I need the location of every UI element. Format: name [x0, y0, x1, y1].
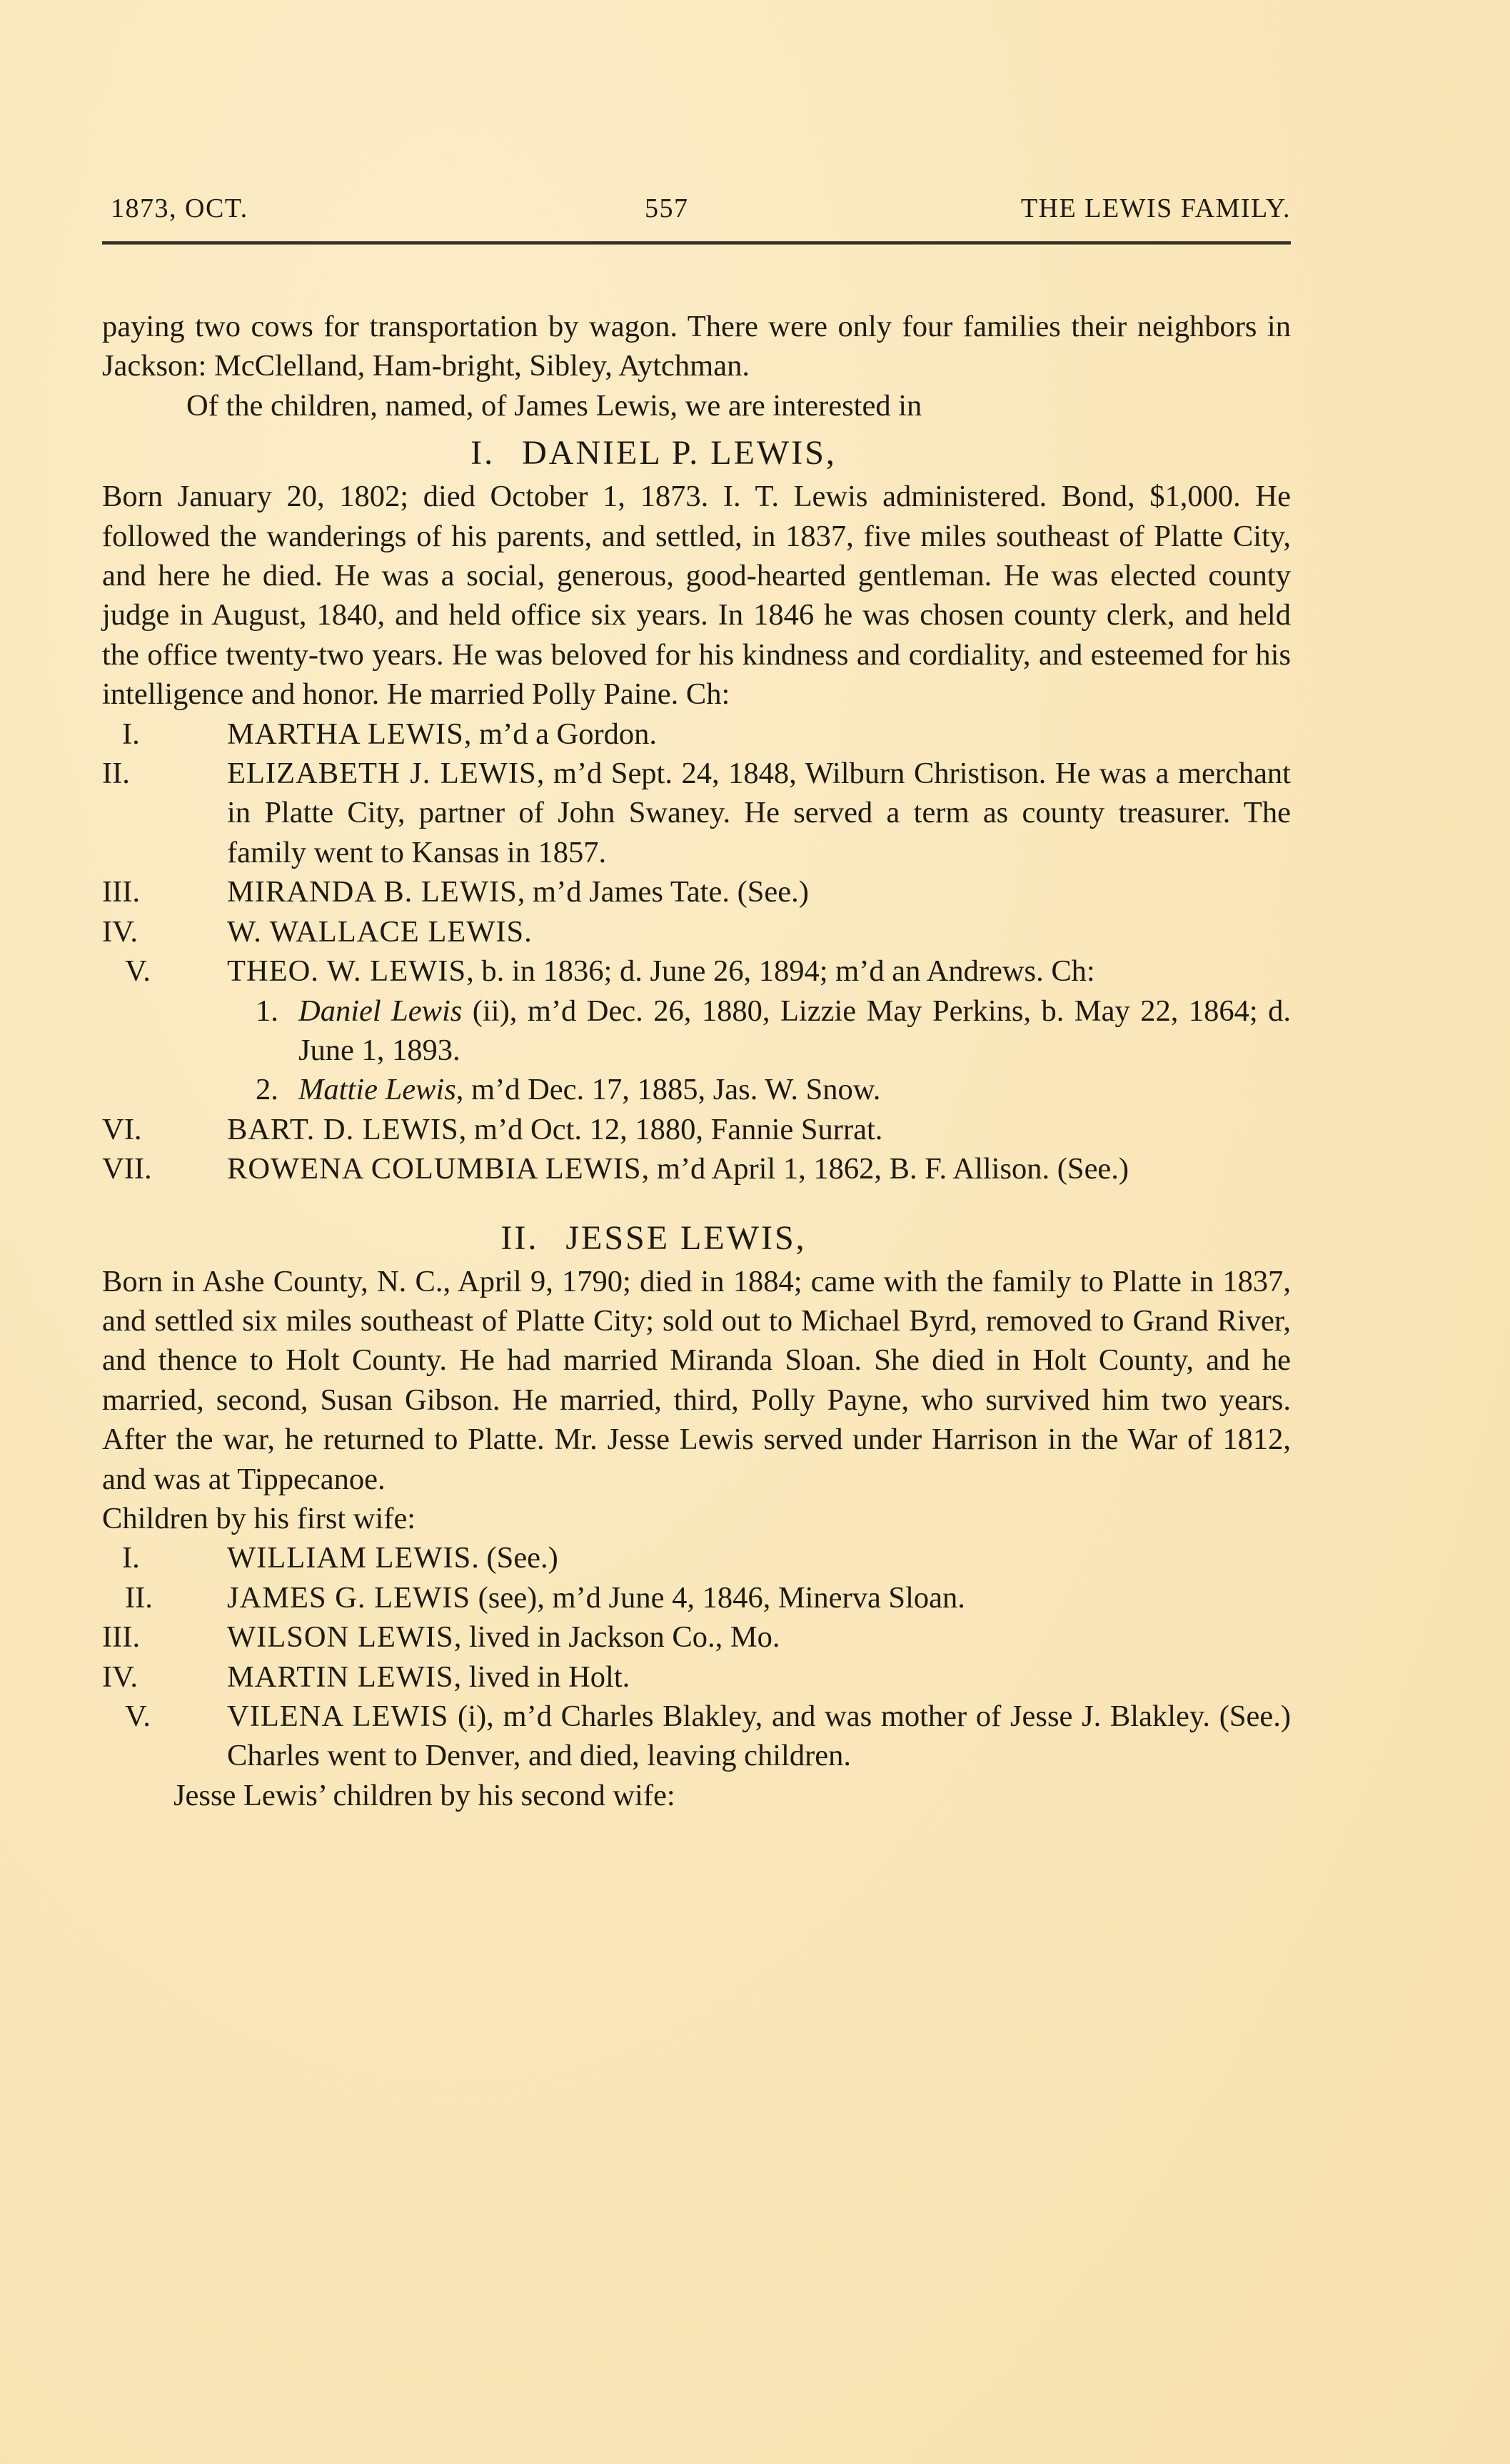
intro-lead-in: Of the children, named, of James Lewis, …	[102, 386, 1291, 425]
closing-line: Jesse Lewis’ children by his second wife…	[102, 1776, 1291, 1815]
arabic-numeral: 1.	[256, 991, 298, 1031]
child-entry: IV.MARTIN LEWIS, lived in Holt.	[102, 1657, 1291, 1697]
header-rule	[102, 241, 1291, 244]
child-entry: II.JAMES G. LEWIS (see), m’d June 4, 184…	[102, 1578, 1291, 1617]
child-entry: III.MIRANDA B. LEWIS, m’d James Tate. (S…	[102, 872, 1291, 912]
child-details: , lived in Jackson Co., Mo.	[454, 1620, 780, 1654]
jesse-biography: Born in Ashe County, N. C., April 9, 179…	[102, 1262, 1291, 1499]
child-name: JAMES G. LEWIS	[227, 1581, 470, 1615]
roman-numeral: IV.	[102, 1657, 227, 1697]
child-name: W. WALLACE LEWIS	[227, 915, 524, 949]
child-entry: VII.ROWENA COLUMBIA LEWIS, m’d April 1, …	[102, 1149, 1291, 1188]
running-head: 1873, OCT. 557 THE LEWIS FAMILY.	[102, 193, 1291, 233]
running-head-title: THE LEWIS FAMILY.	[1021, 193, 1291, 224]
child-name: ELIZABETH J. LEWIS	[227, 757, 537, 790]
running-head-date: 1873, OCT.	[111, 193, 248, 224]
grandchild-name: Mattie Lewis	[298, 1073, 456, 1106]
child-entry: IV.W. WALLACE LEWIS.	[102, 912, 1291, 951]
roman-numeral: III.	[102, 1617, 227, 1657]
grandchild-entry: 1.Daniel Lewis (ii), m’d Dec. 26, 1880, …	[102, 991, 1291, 1071]
roman-numeral: I.	[102, 1538, 227, 1577]
heading-name: DANIEL P. LEWIS,	[522, 434, 837, 472]
roman-numeral: V.	[102, 951, 227, 991]
child-details: .	[524, 915, 532, 949]
child-details: (see), m’d June 4, 1846, Minerva Sloan.	[470, 1581, 965, 1615]
child-name: VILENA LEWIS	[227, 1700, 448, 1733]
child-name: BART. D. LEWIS	[227, 1113, 459, 1146]
child-name: MARTIN LEWIS	[227, 1660, 454, 1694]
grandchild-details: , m’d Dec. 17, 1885, Jas. W. Snow.	[456, 1073, 881, 1106]
child-name: MARTHA LEWIS	[227, 717, 464, 751]
child-details: , m’d April 1, 1862, B. F. Allison. (See…	[642, 1152, 1129, 1186]
roman-numeral: II.	[102, 1578, 227, 1617]
roman-numeral: IV.	[102, 912, 227, 951]
roman-numeral: VI.	[102, 1110, 227, 1149]
heading-numeral: II.	[500, 1219, 538, 1257]
child-name: THEO. W. LEWIS	[227, 954, 466, 988]
roman-numeral: VII.	[102, 1149, 227, 1188]
roman-numeral: III.	[102, 872, 227, 912]
child-entry: II.ELIZABETH J. LEWIS, m’d Sept. 24, 184…	[102, 754, 1291, 872]
child-details: , m’d Oct. 12, 1880, Fannie Surrat.	[459, 1113, 883, 1146]
heading-name: JESSE LEWIS,	[565, 1219, 806, 1257]
child-entry: I.MARTHA LEWIS, m’d a Gordon.	[102, 715, 1291, 754]
children-intro: Children by his first wife:	[102, 1499, 1291, 1538]
child-details: . (See.)	[471, 1541, 558, 1575]
child-entry: VI.BART. D. LEWIS, m’d Oct. 12, 1880, Fa…	[102, 1110, 1291, 1149]
child-entry: V.VILENA LEWIS (i), m’d Charles Blakley,…	[102, 1697, 1291, 1776]
roman-numeral: I.	[102, 715, 227, 754]
child-details: , lived in Holt.	[454, 1660, 630, 1694]
child-details: , m’d James Tate. (See.)	[518, 875, 809, 909]
child-entry: III.WILSON LEWIS, lived in Jackson Co., …	[102, 1617, 1291, 1657]
heading-numeral: I.	[470, 434, 495, 472]
roman-numeral: V.	[102, 1697, 227, 1736]
child-details: , m’d a Gordon.	[464, 717, 657, 751]
arabic-numeral: 2.	[256, 1070, 298, 1109]
child-entry: I.WILLIAM LEWIS. (See.)	[102, 1538, 1291, 1577]
daniel-biography: Born January 20, 1802; died October 1, 1…	[102, 477, 1291, 714]
book-page: 1873, OCT. 557 THE LEWIS FAMILY. paying …	[102, 193, 1291, 1815]
body-text: paying two cows for transportation by wa…	[102, 307, 1291, 1815]
child-name: MIRANDA B. LEWIS	[227, 875, 518, 909]
grandchild-name: Daniel Lewis	[298, 994, 462, 1028]
page-number: 557	[645, 193, 689, 224]
child-entry: V.THEO. W. LEWIS, b. in 1836; d. June 26…	[102, 951, 1291, 991]
child-name: WILSON LEWIS	[227, 1620, 454, 1654]
grandchild-entry: 2.Mattie Lewis, m’d Dec. 17, 1885, Jas. …	[102, 1070, 1291, 1109]
intro-paragraph: paying two cows for transportation by wa…	[102, 307, 1291, 386]
section-heading-daniel: I.DANIEL P. LEWIS,	[102, 431, 1291, 475]
child-name: WILLIAM LEWIS	[227, 1541, 471, 1575]
child-details: , b. in 1836; d. June 26, 1894; m’d an A…	[466, 954, 1095, 988]
section-heading-jesse: II.JESSE LEWIS,	[102, 1216, 1291, 1261]
child-name: ROWENA COLUMBIA LEWIS	[227, 1152, 642, 1186]
roman-numeral: II.	[102, 754, 227, 793]
